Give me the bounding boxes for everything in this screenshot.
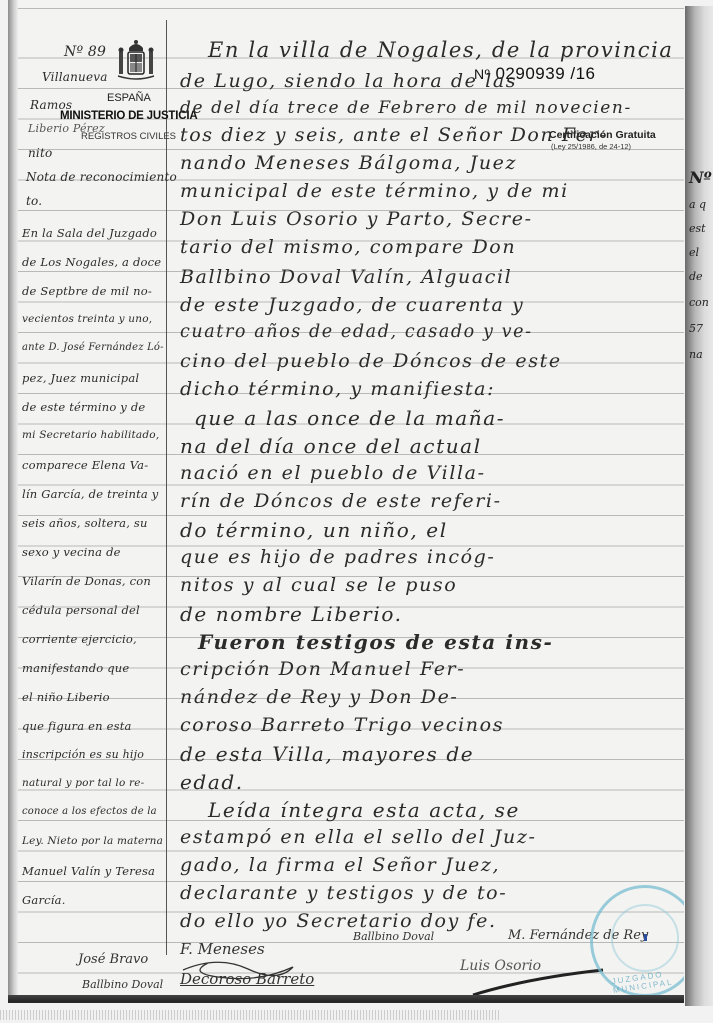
next-page-text: de xyxy=(689,270,703,283)
margin-line: ante D. José Fernández Ló- xyxy=(22,342,164,353)
stamp-mark-icon xyxy=(644,934,647,941)
entry-line: En la villa de Nogales, de la provincia xyxy=(208,38,674,62)
margin-line: que figura en esta xyxy=(22,719,132,733)
entry-line: de nombre Liberio. xyxy=(180,602,403,626)
next-page-text: 57 xyxy=(689,322,703,335)
scan-artifact-strip xyxy=(0,1010,500,1020)
margin-line: sexo y vecina de xyxy=(22,545,121,559)
next-page-text: na xyxy=(689,348,703,361)
margin-line: Nº 89 xyxy=(64,44,106,60)
margin-line: En la Sala del Juzgado xyxy=(22,226,157,240)
margin-line: conoce a los efectos de la xyxy=(22,806,157,817)
entry-line: estampó en ella el sello del Juz- xyxy=(180,826,537,848)
margin-line: Nota de reconocimiento xyxy=(26,170,177,184)
margin-line: seis años, soltera, su xyxy=(22,516,148,530)
entry-line: de Lugo, siendo la hora de las xyxy=(180,70,517,92)
margin-line: cédula personal del xyxy=(22,603,140,617)
entry-line: que es hijo de padres incóg- xyxy=(180,546,495,568)
next-page-text: est xyxy=(689,222,706,235)
margin-line: lín García, de treinta y xyxy=(22,487,159,501)
signature-declarant: Ballbino Doval xyxy=(353,930,434,943)
margin-line: de Septbre de mil no- xyxy=(22,284,152,298)
entry-line: nández de Rey y Don De- xyxy=(180,686,458,708)
signature-margin-2: Ballbino Doval xyxy=(82,978,163,991)
margin-line: inscripción es su hijo xyxy=(22,748,144,761)
entry-line: tario del mismo, compare Don xyxy=(180,236,516,258)
margin-line: Villanueva xyxy=(42,70,108,84)
margin-line: vecientos treinta y uno, xyxy=(22,313,152,325)
margin-line: Ramos xyxy=(30,98,72,112)
entry-line: edad. xyxy=(180,770,244,794)
entry-line: de este Juzgado, de cuarenta y xyxy=(180,294,524,316)
signature-underline-icon xyxy=(468,960,608,1000)
entry-line: de esta Villa, mayores de xyxy=(180,742,474,766)
margin-line: pez, Juez municipal xyxy=(22,371,139,385)
next-page-text: el xyxy=(689,246,699,259)
margin-line: natural y por tal lo re- xyxy=(22,777,144,789)
entry-line: gado, la firma el Señor Juez, xyxy=(180,854,500,876)
entry-line: Leída íntegra esta acta, se xyxy=(208,798,520,822)
entry-line: na del día once del actual xyxy=(180,434,482,458)
entry-line: cuatro años de edad, casado y ve- xyxy=(180,322,533,342)
entry-line: dicho término, y manifiesta: xyxy=(180,378,495,400)
margin-line: nito xyxy=(28,146,52,160)
entry-line: tos diez y seis, ante el Señor Don Fer- xyxy=(180,124,607,146)
margin-line: Liberio Pérez xyxy=(28,122,105,135)
country-label: ESPAÑA xyxy=(107,92,151,104)
margin-line: mi Secretario habilitado, xyxy=(22,429,159,441)
entry-line: de del día trece de Febrero de mil novec… xyxy=(180,98,632,118)
entry-line: que a las once de la maña- xyxy=(194,406,505,430)
margin-line: de este término y de xyxy=(22,400,145,414)
entry-line: nando Meneses Bálgoma, Juez xyxy=(180,152,517,174)
entry-line: nació en el pueblo de Villa- xyxy=(180,462,486,484)
entry-line: nitos y al cual se le puso xyxy=(180,574,457,596)
margin-line: Ley. Nieto por la materna xyxy=(22,835,163,847)
margin-line: de Los Nogales, a doce xyxy=(22,255,161,269)
entry-line: coroso Barreto Trigo vecinos xyxy=(180,714,504,736)
page-binding-edge xyxy=(8,0,18,1003)
entry-line: cripción Don Manuel Fer- xyxy=(180,658,465,680)
next-page-text: con xyxy=(689,296,709,309)
next-page-text: Nº xyxy=(689,168,712,187)
entry-line: cino del pueblo de Dóncos de este xyxy=(180,350,562,372)
margin-line: García. xyxy=(22,893,66,907)
entry-line: rín de Dóncos de este referi- xyxy=(180,490,502,512)
entry-line: declarante y testigos y de to- xyxy=(180,882,507,904)
signature-flourish-icon xyxy=(178,955,298,985)
margin-line: corriente ejercicio, xyxy=(22,632,137,646)
page-bottom-edge xyxy=(8,995,684,1003)
coat-of-arms-icon xyxy=(116,38,156,84)
next-page-edge: Nº a q est el de con 57 na xyxy=(685,6,713,1006)
margin-line: to. xyxy=(26,194,42,208)
document-page: ESPAÑA MINISTERIO DE JUSTICIA REGISTROS … xyxy=(8,0,684,1003)
margin-line: el niño Liberio xyxy=(22,690,110,704)
entry-line: municipal de este término, y de mi xyxy=(180,180,569,202)
margin-line: manifestando que xyxy=(22,661,129,675)
margin-divider xyxy=(166,20,167,955)
margin-line: comparece Elena Va- xyxy=(22,458,148,472)
entry-line: Ballbino Doval Valín, Alguacil xyxy=(180,266,512,288)
entry-line: do ello yo Secretario doy fe. xyxy=(180,910,497,932)
signature-margin-1: José Bravo xyxy=(78,952,148,967)
entry-line: do término, un niño, el xyxy=(180,518,448,542)
ministry-label: MINISTERIO DE JUSTICIA xyxy=(60,110,197,122)
entry-line: Don Luis Osorio y Parto, Secre- xyxy=(180,208,533,230)
margin-line: Vilarín de Donas, con xyxy=(22,574,151,588)
entry-line: Fueron testigos de esta ins- xyxy=(198,630,553,654)
margin-line: Manuel Valín y Teresa xyxy=(22,864,155,878)
next-page-text: a q xyxy=(689,198,706,211)
